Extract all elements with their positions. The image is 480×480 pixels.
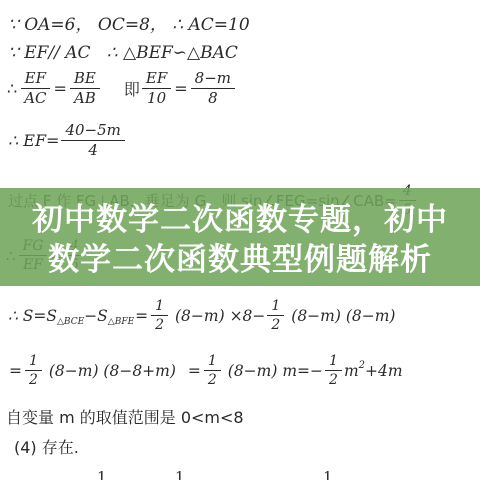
that-is-label: 即 [124, 77, 140, 100]
math-text: ∵ EF// AC ∴ △BEF∽△BAC [8, 43, 238, 63]
math-text: (8−m) m=− [223, 362, 323, 380]
banner-title-line2: 数学二次函数典型例题解析 [0, 240, 480, 280]
fraction-1-2: 1 2 [151, 298, 168, 333]
fraction-be-ab: BE AB [70, 70, 100, 108]
fraction-1-2: 1 2 [204, 353, 221, 388]
math-line-oa-oc-ac: ∵ OA=6， OC=8， ∴ AC=10 [8, 10, 250, 35]
math-line-area-difference: ∴ S=S △BCE −S △BFE = 1 2 (8−m) ×8− 1 2 (… [8, 298, 395, 333]
math-text: m [344, 362, 359, 380]
clipped-fraction-numerator: 1 [97, 468, 107, 480]
math-text: +4m [365, 362, 403, 380]
math-text: (8−m) (8−m) [286, 307, 395, 325]
fraction-ef-ac: EF AC [20, 70, 50, 108]
math-line-similar-triangles: ∵ EF// AC ∴ △BEF∽△BAC [8, 43, 238, 63]
clipped-fraction-numerator: 1 [323, 468, 333, 480]
math-text: ∴ S=S [8, 307, 57, 325]
banner-title-line1: 初中数学二次函数专题，初中 [0, 200, 480, 240]
fraction-40-minus-5m-over-4: 40−5m 4 [61, 122, 124, 160]
superscript-squared: 2 [359, 360, 365, 371]
fraction-8-minus-m-over-8: 8−m 8 [191, 70, 235, 108]
math-text: (4) 存在. [14, 435, 79, 458]
math-line-ef-result: ∴ EF= 40−5m 4 [8, 122, 127, 160]
math-line-ratio-equation: ∴ EF AC = BE AB 即 EF 10 = 8−m 8 [6, 70, 237, 108]
clipped-fraction-numerator: 1 [175, 468, 185, 480]
equals-sign: = [188, 362, 201, 380]
equals-sign: = [135, 307, 148, 325]
fraction-1-2: 1 2 [25, 353, 42, 388]
math-solution-page: ∵ OA=6， OC=8， ∴ AC=10 ∵ EF// AC ∴ △BEF∽△… [0, 0, 480, 480]
math-text: ∵ OA=6， OC=8， ∴ AC=10 [8, 10, 250, 35]
fraction-1-2: 1 2 [325, 353, 342, 388]
subscript-triangle-bce: △BCE [57, 317, 84, 327]
fraction-ef-10: EF 10 [142, 70, 171, 108]
banner-title: 初中数学二次函数专题，初中 数学二次函数典型例题解析 [0, 200, 480, 280]
math-text: −S [84, 307, 108, 325]
therefore-symbol: ∴ [7, 79, 17, 98]
math-text: ∴ EF= [8, 131, 59, 150]
math-text: 自变量 m 的取值范围是 0<m<8 [6, 405, 244, 428]
equals-sign: = [9, 362, 22, 380]
math-text: (8−m) ×8− [170, 307, 265, 325]
math-text: (8−m) (8−8+m) [44, 362, 176, 380]
math-line-simplification: = 1 2 (8−m) (8−8+m) = 1 2 (8−m) m=− 1 2 … [8, 353, 403, 388]
math-line-variable-range: 自变量 m 的取值范围是 0<m<8 [6, 405, 244, 428]
equals-sign: = [54, 79, 67, 98]
fraction-1-2: 1 2 [267, 298, 284, 333]
subscript-triangle-bfe: △BFE [108, 317, 134, 327]
math-line-part4-exists: (4) 存在. [14, 435, 79, 458]
equals-sign: = [174, 79, 187, 98]
